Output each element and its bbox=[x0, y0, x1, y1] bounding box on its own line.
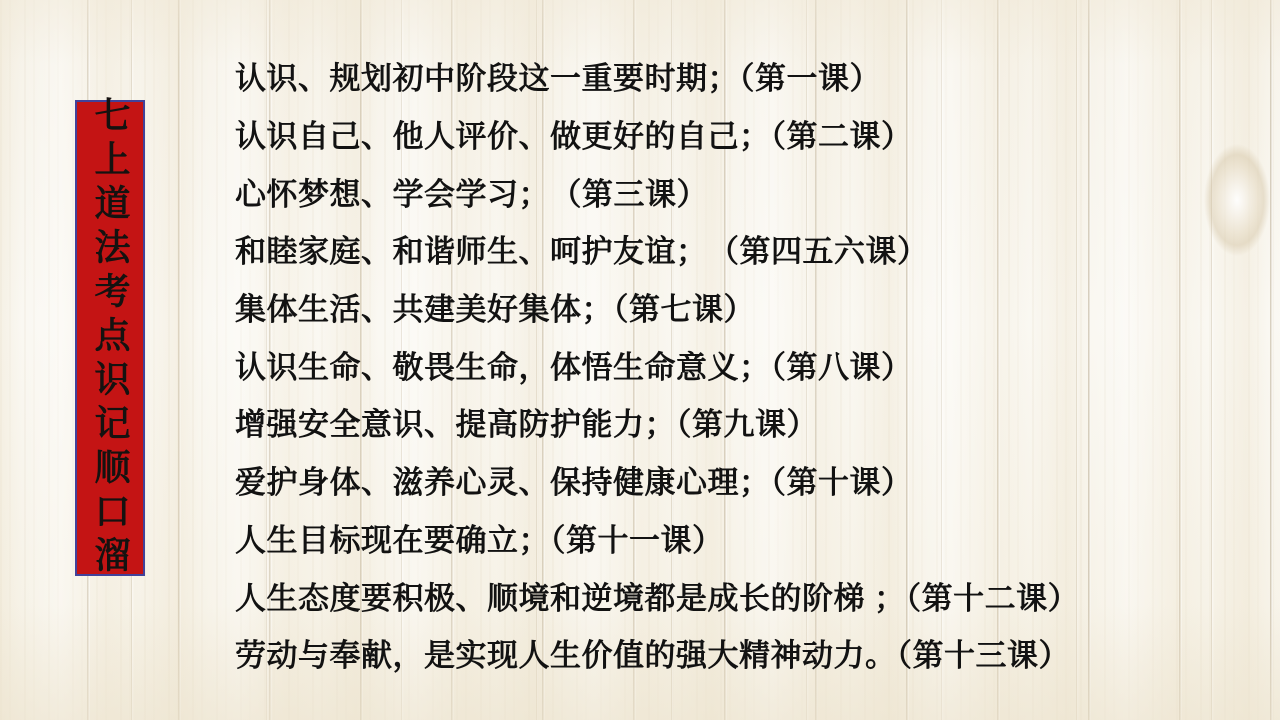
lesson-point-9: 人生目标现在要确立；（第十一课） bbox=[235, 509, 1245, 567]
lesson-point-10: 人生态度要积极、顺境和逆境都是成长的阶梯 ；（第十二课） bbox=[235, 566, 1245, 624]
lesson-point-11: 劳动与奉献，是实现人生价值的强大精神动力。（第十三课） bbox=[235, 624, 1245, 682]
lesson-point-7: 增强安全意识、提高防护能力；（第九课） bbox=[235, 393, 1245, 451]
lesson-point-2: 认识自己、他人评价、做更好的自己；（第二课） bbox=[235, 105, 1245, 163]
lesson-point-6: 认识生命、敬畏生命，体悟生命意义；（第八课） bbox=[235, 335, 1245, 393]
lesson-point-5: 集体生活、共建美好集体；（第七课） bbox=[235, 278, 1245, 336]
title-banner: 七上道法考点识记顺口溜 bbox=[75, 100, 145, 576]
lesson-point-4: 和睦家庭、和谐师生、呵护友谊； （第四五六课） bbox=[235, 220, 1245, 278]
lesson-point-8: 爱护身体、滋养心灵、保持健康心理；（第十课） bbox=[235, 451, 1245, 509]
lesson-point-1: 认识、规划初中阶段这一重要时期；（第一课） bbox=[235, 47, 1245, 105]
lesson-point-3: 心怀梦想、学会学习； （第三课） bbox=[235, 162, 1245, 220]
title-banner-text: 七上道法考点识记顺口溜 bbox=[92, 96, 128, 580]
lesson-points-list: 认识、规划初中阶段这一重要时期；（第一课） 认识自己、他人评价、做更好的自己；（… bbox=[235, 47, 1245, 682]
slide-canvas: 七上道法考点识记顺口溜 认识、规划初中阶段这一重要时期；（第一课） 认识自己、他… bbox=[0, 0, 1280, 720]
